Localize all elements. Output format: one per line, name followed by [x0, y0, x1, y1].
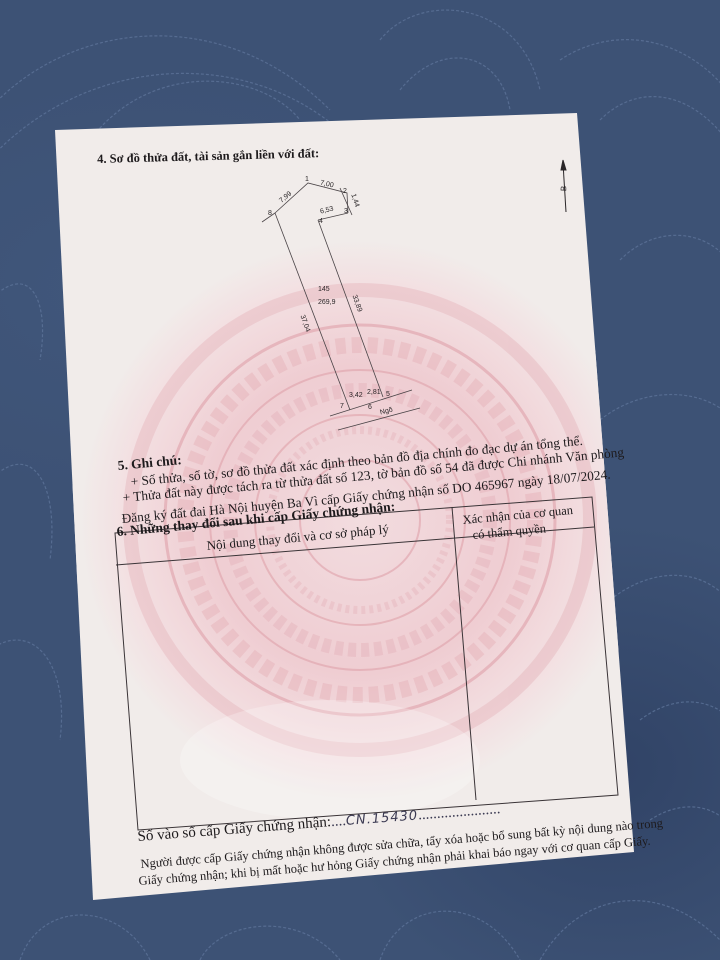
certificate-page — [0, 0, 720, 960]
